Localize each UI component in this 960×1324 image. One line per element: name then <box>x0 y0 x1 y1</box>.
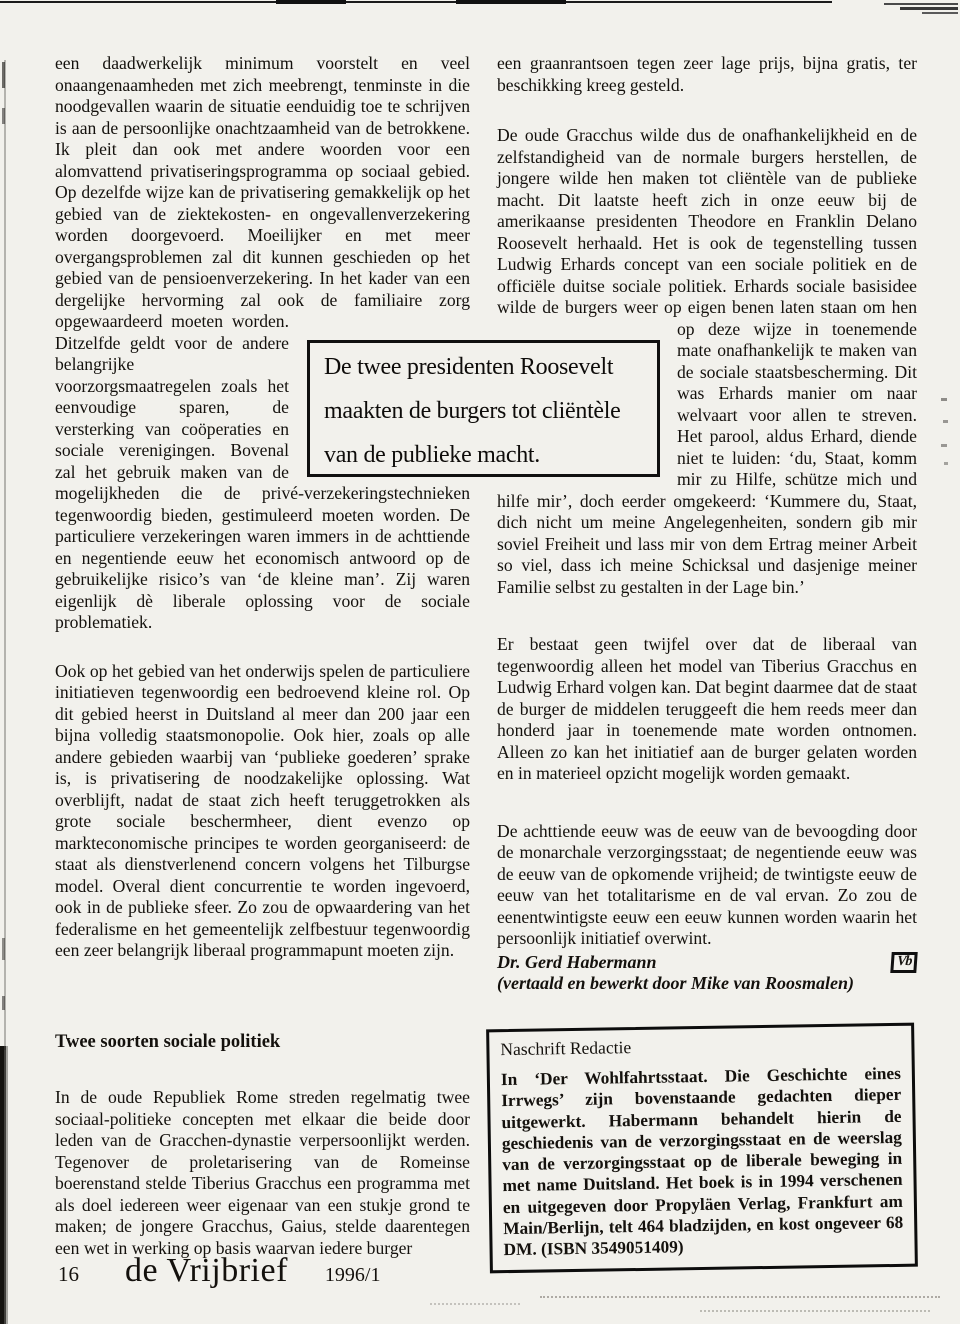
scanned-magazine-page: { "page": { "background_color": "#f2f1ec… <box>0 0 960 1324</box>
scan-artifact-right-tick <box>941 398 947 401</box>
editors-note-title: Naschrift Redactie <box>500 1032 900 1060</box>
scan-artifact-bottom-speckle <box>430 1303 520 1305</box>
byline-row: Dr. Gerd Habermann Vb <box>497 952 917 973</box>
paragraph-liberaal-model: Er bestaat geen twijfel over dat de libe… <box>497 634 917 785</box>
scan-artifact-top-edge-segment <box>456 0 566 4</box>
scan-artifact-right-tick <box>944 462 948 465</box>
pull-quote-line: De twee presidenten Roosevelt <box>324 345 643 389</box>
vrijbrief-vb-logo: Vb <box>890 952 918 973</box>
issue-number: 1996/1 <box>325 1264 381 1287</box>
paragraph-onderwijs: Ook op het gebied van het onderwijs spel… <box>55 661 470 962</box>
scan-artifact-binding-band <box>0 1046 9 1324</box>
paragraph-text: een daadwerkelijk minimum voorstelt en v… <box>55 53 470 310</box>
page-number: 16 <box>58 1262 79 1287</box>
scan-artifact-left-hairline <box>4 60 6 1050</box>
page-footer: 16 de Vrijbrief 1996/1 <box>58 1252 380 1290</box>
scan-artifact-bottom-speckle <box>700 1310 930 1312</box>
left-column: een daadwerkelijk minimum voorstelt en v… <box>55 53 470 1259</box>
scan-artifact-corner-smudge <box>900 7 958 10</box>
paragraph-text: De oude Gracchus wilde dus de onafhankel… <box>497 125 917 317</box>
scan-artifact-left-tick <box>2 938 5 960</box>
pull-quote-line: van de publieke macht. <box>324 433 643 477</box>
translator-byline: (vertaald en bewerkt door Mike van Roosm… <box>497 973 917 994</box>
scan-artifact-right-tick <box>941 444 947 447</box>
pull-quote-line: maakten de burgers tot cliëntèle <box>324 389 643 433</box>
pull-quote-box: De twee presidenten Roosevelt maakten de… <box>307 340 660 477</box>
right-column: een graanrantsoen tegen zeer lage prijs,… <box>497 53 917 994</box>
scan-artifact-top-edge-segment <box>276 0 346 4</box>
editors-note-body: In ‘Der Wohlfahrtsstaat. Die Geschichte … <box>501 1063 904 1261</box>
paragraph-graanrantsoen: een graanrantsoen tegen zeer lage prijs,… <box>497 53 917 96</box>
paragraph-eeuwen: De achttiende eeuw was de eeuw van de be… <box>497 821 917 950</box>
magazine-title: de Vrijbrief <box>125 1252 288 1290</box>
scan-artifact-corner-smudge <box>884 3 958 5</box>
scan-artifact-corner-smudge <box>922 12 958 14</box>
scan-artifact-left-tick <box>2 996 5 1010</box>
paragraph-republiek-rome: In de oude Republiek Rome streden regelm… <box>55 1087 470 1259</box>
scan-artifact-bottom-speckle <box>540 1296 940 1298</box>
scan-artifact-right-tick <box>943 420 948 423</box>
editors-note-box: Naschrift Redactie In ‘Der Wohlfahrtssta… <box>486 1023 918 1273</box>
scan-artifact-left-tick <box>2 62 5 88</box>
scan-artifact-left-tick <box>2 108 5 124</box>
author-byline: Dr. Gerd Habermann <box>497 952 657 973</box>
section-heading: Twee soorten sociale politiek <box>55 1032 470 1054</box>
scan-artifact-top-edge-line <box>0 1 832 3</box>
